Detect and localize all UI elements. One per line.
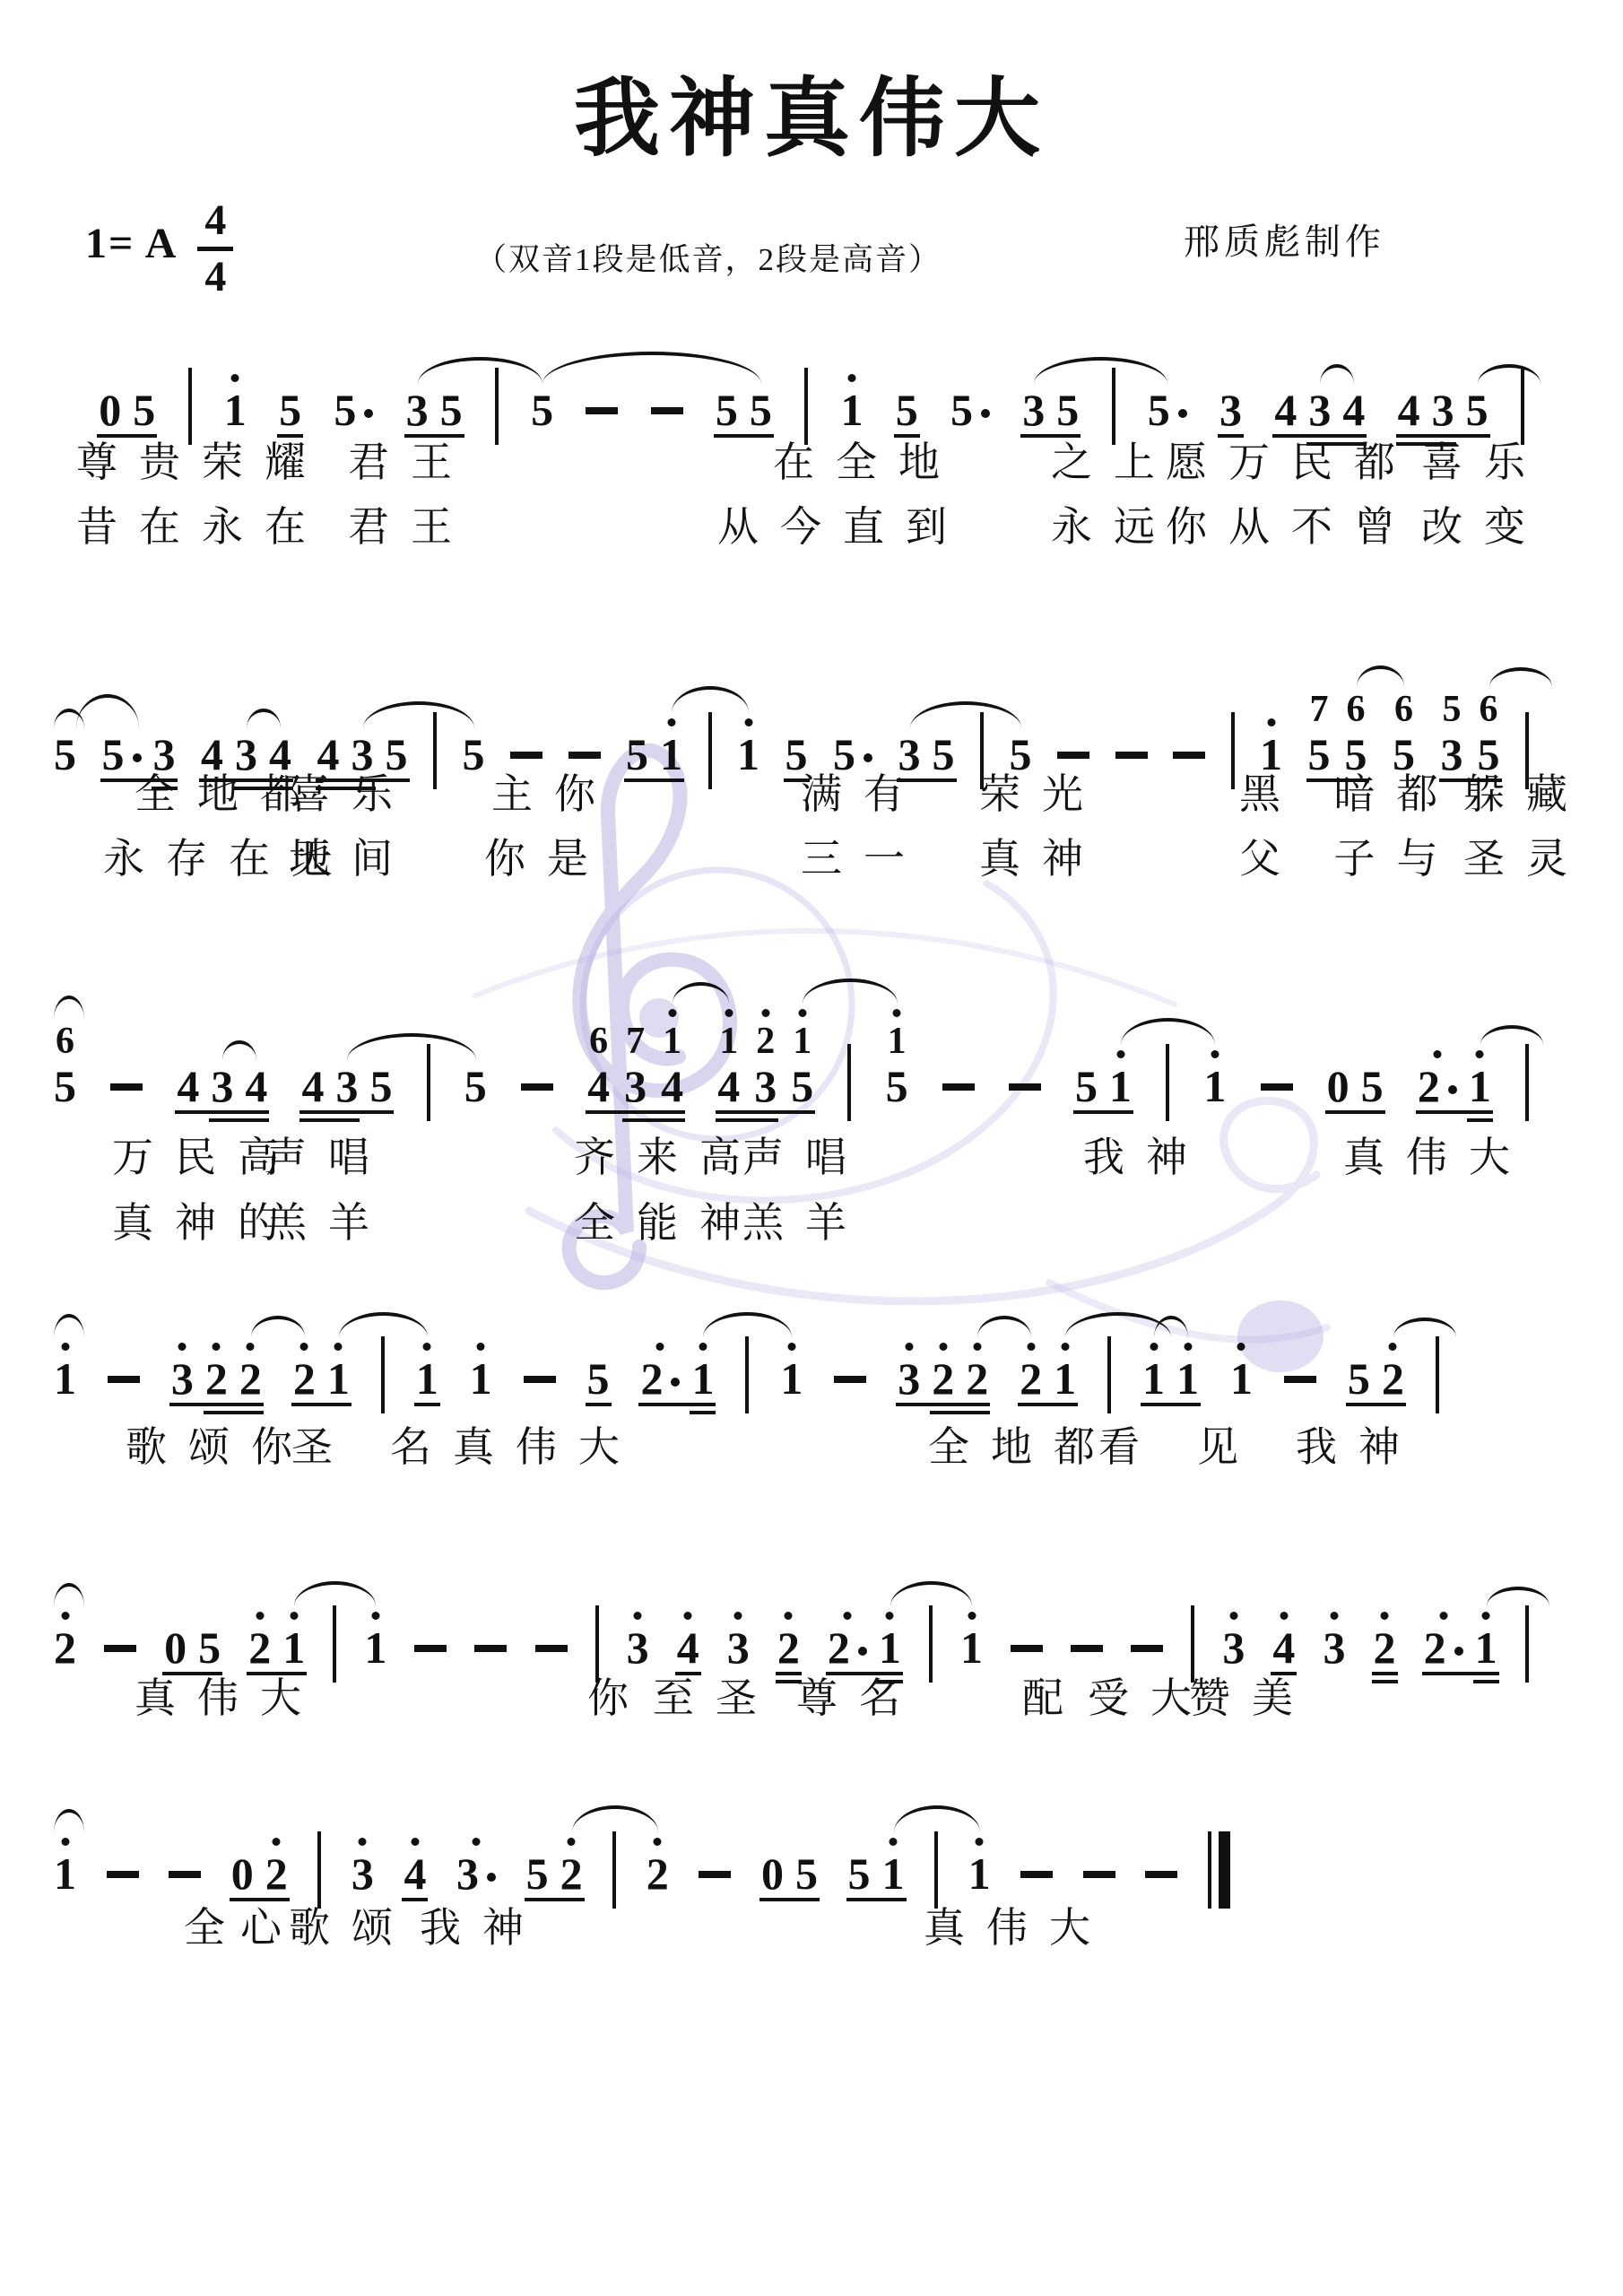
duration-dash bbox=[651, 407, 683, 414]
duration-dash bbox=[104, 1645, 136, 1652]
note-digit: 3 bbox=[335, 1064, 358, 1109]
barline bbox=[804, 368, 808, 445]
note: 1 bbox=[840, 387, 863, 432]
note-digit: 6 bbox=[1480, 691, 1498, 728]
note-digit: 5 bbox=[1393, 732, 1415, 777]
note-digit: 2 bbox=[248, 1625, 271, 1670]
lyric-segment: 你从不曾 bbox=[1166, 504, 1417, 552]
slur-arc bbox=[294, 1581, 376, 1606]
note-digit: 5 bbox=[1478, 732, 1500, 777]
beam-line bbox=[230, 1898, 290, 1901]
note: 3 bbox=[898, 1356, 920, 1401]
note-group: 11 bbox=[1142, 1356, 1199, 1401]
lyric-segment: 名 bbox=[390, 1424, 453, 1472]
note: 1 bbox=[960, 1625, 983, 1670]
note-digit: 5 bbox=[54, 1064, 76, 1109]
octave-dot bbox=[423, 1343, 431, 1351]
lyric-segment: 躲藏 bbox=[1463, 771, 1589, 819]
note: 5 bbox=[1348, 1356, 1370, 1401]
note-digit: 3 bbox=[627, 1625, 649, 1670]
note: 1 bbox=[1142, 1356, 1165, 1401]
lyric-segment: 三一 bbox=[801, 836, 926, 883]
barline bbox=[333, 1605, 336, 1683]
lyric-segment: 真伟大 bbox=[924, 1905, 1112, 1952]
beam-line bbox=[1018, 1403, 1078, 1406]
note-group: 35 bbox=[898, 732, 955, 777]
note-group: 05 bbox=[761, 1851, 818, 1896]
note-digit: 4 bbox=[404, 1851, 426, 1896]
duration-dash bbox=[1009, 1083, 1041, 1091]
note-digit: 5 bbox=[531, 387, 553, 432]
note-group: 53 bbox=[102, 732, 176, 777]
barline bbox=[1231, 712, 1235, 789]
system-3: 654344355647314142315155110521万民高声唱齐来高声唱… bbox=[54, 970, 1529, 1109]
note-digit: 3 bbox=[754, 1064, 777, 1109]
duration-dash bbox=[1173, 752, 1205, 759]
slur-arc bbox=[672, 686, 749, 713]
note: 1 bbox=[691, 1356, 714, 1401]
note-digit: 0 bbox=[231, 1851, 254, 1896]
duration-dash bbox=[568, 752, 601, 759]
note: 0 bbox=[761, 1851, 784, 1896]
note: 1 bbox=[327, 1356, 350, 1401]
note: 6 bbox=[1347, 691, 1366, 728]
octave-dot bbox=[886, 1612, 894, 1620]
note-group: 35 bbox=[1022, 387, 1079, 432]
note: 3 bbox=[754, 1064, 777, 1109]
lyric-segment: 羔羊 bbox=[265, 1200, 391, 1248]
note: 5 bbox=[369, 1064, 392, 1109]
token-row: 10234352205511 bbox=[54, 1779, 1230, 1896]
beam-line bbox=[1218, 434, 1244, 438]
note: 5 bbox=[1148, 387, 1187, 432]
lyric-segment: 赞美 bbox=[1189, 1675, 1315, 1723]
duration-dash bbox=[586, 407, 618, 414]
chord: 64 bbox=[587, 1022, 610, 1109]
note-digit: 2 bbox=[640, 1356, 663, 1401]
note-digit: 5 bbox=[785, 732, 808, 777]
note-digit: 5 bbox=[526, 1851, 549, 1896]
octave-dot bbox=[178, 1343, 187, 1351]
note-digit: 5 bbox=[464, 1064, 487, 1109]
token-row: 05155355551553553434435 bbox=[54, 316, 1524, 432]
note: 4 bbox=[177, 1064, 199, 1109]
octave-dot bbox=[976, 1838, 984, 1846]
note-digit: 4 bbox=[587, 1064, 610, 1109]
octave-dot bbox=[290, 1612, 298, 1620]
barline bbox=[188, 368, 192, 445]
lyric-segment: 全地都 bbox=[928, 1424, 1116, 1472]
note: 1 bbox=[1475, 1625, 1497, 1670]
note-digit: 5 bbox=[133, 387, 155, 432]
beam-line-2 bbox=[209, 1118, 269, 1122]
final-barline bbox=[1208, 1831, 1230, 1909]
note-digit: 3 bbox=[153, 732, 176, 777]
note: 5 bbox=[1443, 691, 1462, 728]
chord: 14 bbox=[661, 1022, 683, 1109]
note-digit: 4 bbox=[245, 1064, 267, 1109]
note-digit: 1 bbox=[1176, 1356, 1199, 1401]
barline bbox=[847, 1044, 851, 1121]
note: 4 bbox=[587, 1064, 610, 1109]
note: 7 bbox=[626, 1022, 645, 1060]
note-digit: 1 bbox=[1203, 1064, 1226, 1109]
beam-line bbox=[1396, 434, 1490, 438]
beam-line bbox=[299, 1110, 394, 1114]
note: 0 bbox=[99, 387, 121, 432]
note: 1 bbox=[1469, 1064, 1491, 1109]
note-group: 434 bbox=[201, 732, 291, 777]
barline bbox=[708, 712, 712, 789]
note-digit: 1 bbox=[691, 1356, 714, 1401]
beam-line bbox=[525, 1898, 585, 1901]
note-digit: 5 bbox=[791, 1064, 813, 1109]
octave-dot bbox=[1184, 1343, 1192, 1351]
note-digit: 5 bbox=[334, 387, 356, 432]
lyric-segment: 真伟大 bbox=[1343, 1135, 1532, 1182]
note: 0 bbox=[164, 1625, 187, 1670]
note: 1 bbox=[1176, 1356, 1199, 1401]
note-digit: 2 bbox=[966, 1356, 988, 1401]
note-digit: 4 bbox=[1398, 387, 1420, 432]
note: 1 bbox=[416, 1356, 438, 1401]
slur-arc bbox=[673, 982, 729, 1004]
note-digit: 1 bbox=[737, 732, 759, 777]
note-group: 02 bbox=[231, 1851, 288, 1896]
slur-arc bbox=[703, 1312, 792, 1337]
note-digit: 3 bbox=[727, 1625, 750, 1670]
note-digit: 1 bbox=[663, 1022, 681, 1060]
slur-arc bbox=[1489, 667, 1552, 687]
note-group: 21 bbox=[828, 1625, 901, 1670]
octave-dot bbox=[61, 1838, 69, 1846]
note-digit: 1 bbox=[327, 1356, 350, 1401]
chord: 65 bbox=[1478, 691, 1500, 777]
octave-dot bbox=[968, 1612, 976, 1620]
beam-line-2 bbox=[690, 1411, 716, 1414]
note: 6 bbox=[56, 1022, 74, 1060]
octave-dot bbox=[1280, 1612, 1288, 1620]
note: 2 bbox=[293, 1356, 316, 1401]
chord: 75 bbox=[1308, 691, 1331, 777]
note-digit: 1 bbox=[888, 1022, 907, 1060]
barline bbox=[1191, 1605, 1194, 1683]
duration-dash bbox=[1261, 1083, 1293, 1091]
note: 5 bbox=[1361, 1064, 1384, 1109]
note-digit: 5 bbox=[795, 1851, 818, 1896]
note-digit: 2 bbox=[560, 1851, 583, 1896]
barline bbox=[1436, 1336, 1439, 1413]
note: 2 bbox=[1374, 1625, 1396, 1670]
note-digit: 5 bbox=[198, 1625, 221, 1670]
chord: 73 bbox=[624, 1022, 647, 1109]
note: 5 bbox=[896, 387, 918, 432]
lyric-segment: 真伟大 bbox=[453, 1424, 641, 1472]
duration-dash bbox=[414, 1645, 447, 1652]
slur-arc bbox=[1121, 1018, 1215, 1045]
octave-dot bbox=[256, 1612, 264, 1620]
note-group: 434 bbox=[177, 1064, 267, 1109]
note: 3 bbox=[335, 1064, 358, 1109]
note: 5 bbox=[1056, 387, 1079, 432]
note-group: 52 bbox=[526, 1851, 583, 1896]
lyric-segment: 你 bbox=[587, 1675, 650, 1723]
note-digit: 4 bbox=[317, 732, 340, 777]
note-digit: 5 bbox=[369, 1064, 392, 1109]
octave-dot bbox=[939, 1343, 947, 1351]
note: 5 bbox=[198, 1625, 221, 1670]
note: 2 bbox=[248, 1625, 271, 1670]
note: 5 bbox=[334, 387, 373, 432]
note: 1 bbox=[224, 387, 247, 432]
chord: 65 bbox=[1345, 691, 1367, 777]
system-2: 55343443555115535517565655365全地都喜乐主你满有荣光… bbox=[54, 639, 1529, 777]
note: 1 bbox=[54, 1851, 76, 1896]
beam-line bbox=[97, 434, 157, 438]
note-digit: 5 bbox=[1010, 732, 1032, 777]
note-digit: 5 bbox=[463, 732, 485, 777]
note-group: 05 bbox=[99, 387, 155, 432]
note-digit: 5 bbox=[1308, 732, 1331, 777]
note-digit: 4 bbox=[717, 1064, 740, 1109]
note-digit: 5 bbox=[1148, 387, 1170, 432]
note: 3 bbox=[627, 1625, 649, 1670]
note-digit: 6 bbox=[589, 1022, 608, 1060]
note: 5 bbox=[791, 1064, 813, 1109]
note: 3 bbox=[235, 732, 257, 777]
note: 3 bbox=[1219, 387, 1242, 432]
note-digit: 0 bbox=[99, 387, 121, 432]
octave-dot bbox=[568, 1838, 576, 1846]
slur-arc bbox=[1357, 665, 1404, 687]
lyric-segment: 永远 bbox=[1051, 504, 1176, 552]
barline bbox=[381, 1336, 385, 1413]
octave-dot bbox=[1482, 1612, 1490, 1620]
note-digit: 1 bbox=[54, 1356, 76, 1401]
note-digit: 4 bbox=[177, 1064, 199, 1109]
duration-dash bbox=[699, 1871, 731, 1878]
augmentation-dot bbox=[858, 1647, 867, 1656]
beam-line bbox=[846, 1898, 907, 1901]
note-digit: 2 bbox=[828, 1625, 850, 1670]
octave-dot bbox=[411, 1838, 419, 1846]
note-digit: 4 bbox=[1342, 387, 1365, 432]
slur-arc bbox=[76, 694, 139, 728]
note: 4 bbox=[677, 1625, 699, 1670]
note: 5 bbox=[933, 732, 955, 777]
slur-arc bbox=[54, 1809, 84, 1832]
lyric-segment: 尊名 bbox=[796, 1675, 922, 1723]
note-digit: 3 bbox=[1022, 387, 1045, 432]
note: 5 bbox=[785, 732, 808, 777]
note: 3 bbox=[153, 732, 176, 777]
barline bbox=[1107, 1336, 1111, 1413]
note-digit: 3 bbox=[352, 732, 374, 777]
duration-dash bbox=[510, 752, 542, 759]
chord: 65 bbox=[1393, 691, 1415, 777]
duration-dash bbox=[1131, 1645, 1163, 1652]
note: 5 bbox=[795, 1851, 818, 1896]
note-group: 21 bbox=[1020, 1356, 1076, 1401]
note-digit: 1 bbox=[840, 387, 863, 432]
note: 5 bbox=[750, 387, 772, 432]
slur-arc bbox=[890, 1581, 972, 1606]
lyric-segment: 从今直到 bbox=[717, 504, 968, 552]
note-group: 21 bbox=[1424, 1625, 1497, 1670]
duration-dash bbox=[942, 1083, 975, 1091]
note: 2 bbox=[1382, 1356, 1404, 1401]
lyric-segment: 我神 bbox=[1083, 1135, 1209, 1182]
note: 2 bbox=[828, 1625, 867, 1670]
note-digit: 5 bbox=[1361, 1064, 1384, 1109]
note-digit: 5 bbox=[1345, 732, 1367, 777]
barline bbox=[317, 1831, 321, 1909]
note: 5 bbox=[886, 1064, 908, 1109]
chord-group: 647314 bbox=[587, 1022, 683, 1109]
note: 1 bbox=[882, 1851, 905, 1896]
chord: 15 bbox=[886, 1022, 908, 1109]
note-digit: 3 bbox=[1323, 1625, 1345, 1670]
beam-line bbox=[896, 1403, 990, 1406]
augmentation-dot bbox=[981, 409, 990, 418]
note: 5 bbox=[531, 387, 553, 432]
beam-line-2 bbox=[204, 1411, 264, 1414]
note: 5 bbox=[848, 1851, 871, 1896]
note: 1 bbox=[888, 1022, 907, 1060]
octave-dot bbox=[1330, 1612, 1338, 1620]
note-group: 21 bbox=[248, 1625, 305, 1670]
octave-dot bbox=[656, 1343, 664, 1351]
note-group: 435 bbox=[317, 732, 408, 777]
note-digit: 1 bbox=[879, 1625, 901, 1670]
note-digit: 3 bbox=[1308, 387, 1331, 432]
note-digit: 1 bbox=[660, 732, 682, 777]
octave-dot bbox=[477, 1343, 485, 1351]
lyric-segment: 歌颂你 bbox=[126, 1424, 314, 1472]
lyric-segment: 尊贵荣耀 bbox=[76, 439, 327, 487]
octave-dot bbox=[1229, 1612, 1237, 1620]
note-digit: 1 bbox=[54, 1851, 76, 1896]
beam-line bbox=[586, 1110, 685, 1114]
arranger-credit: 邢质彪制作 bbox=[1184, 213, 1385, 265]
barline bbox=[595, 1605, 599, 1683]
note-group: 322 bbox=[898, 1356, 988, 1401]
octave-dot bbox=[1150, 1343, 1158, 1351]
note: 1 bbox=[470, 1356, 492, 1401]
note-digit: 5 bbox=[933, 732, 955, 777]
octave-dot bbox=[787, 1343, 795, 1351]
beam-line bbox=[1346, 1403, 1406, 1406]
note: 3 bbox=[1323, 1625, 1345, 1670]
note: 7 bbox=[1310, 691, 1329, 728]
chord-group: 5365 bbox=[1441, 691, 1500, 777]
lyric-segment: 全 bbox=[184, 1905, 247, 1952]
note: 3 bbox=[727, 1625, 750, 1670]
note: 1 bbox=[737, 732, 759, 777]
beam-line bbox=[1020, 434, 1081, 438]
slur-arc bbox=[572, 1805, 658, 1832]
note: 5 bbox=[463, 732, 485, 777]
note-digit: 2 bbox=[777, 1625, 800, 1670]
slur-arc bbox=[251, 1316, 305, 1337]
note: 1 bbox=[1230, 1356, 1253, 1401]
note-digit: 5 bbox=[896, 387, 918, 432]
note: 2 bbox=[777, 1625, 800, 1670]
note: 1 bbox=[1054, 1356, 1076, 1401]
lyric-segment: 声唱 bbox=[265, 1135, 391, 1182]
octave-dot bbox=[1433, 1050, 1441, 1058]
beam-line bbox=[638, 1403, 716, 1406]
note-digit: 5 bbox=[950, 387, 973, 432]
note-digit: 2 bbox=[1424, 1625, 1446, 1670]
barline bbox=[1166, 1044, 1169, 1121]
note-digit: 5 bbox=[54, 732, 76, 777]
augmentation-dot bbox=[133, 753, 142, 762]
beam-line bbox=[414, 1403, 440, 1406]
slur-arc bbox=[977, 1316, 1031, 1337]
note-digit: 1 bbox=[719, 1022, 738, 1060]
octave-dot bbox=[1439, 1612, 1447, 1620]
chord-group: 7565 bbox=[1308, 691, 1367, 777]
note: 5 bbox=[587, 1356, 610, 1401]
slur-arc bbox=[1487, 1587, 1549, 1606]
slur-arc bbox=[339, 1312, 428, 1337]
token-row: 654344355647314142315155110521 bbox=[54, 970, 1529, 1109]
final-barline-thick bbox=[1219, 1831, 1230, 1909]
beam-line bbox=[716, 1110, 815, 1114]
note: 5 bbox=[526, 1851, 549, 1896]
octave-dot bbox=[684, 1612, 692, 1620]
lyric-segment: 圣 bbox=[291, 1424, 354, 1472]
note-group: 55 bbox=[716, 387, 772, 432]
slur-arc bbox=[54, 1314, 84, 1337]
note: 1 bbox=[719, 1022, 738, 1060]
lyric-segment: 真神 bbox=[979, 836, 1105, 883]
duration-dash bbox=[1083, 1871, 1115, 1878]
system-1: 05155355551553553434435尊贵荣耀君王在全地之上愿万民都喜乐… bbox=[54, 316, 1524, 432]
augmentation-dot bbox=[864, 753, 872, 762]
duration-dash bbox=[1145, 1871, 1177, 1878]
note: 2 bbox=[54, 1625, 76, 1670]
octave-dot bbox=[668, 1009, 676, 1017]
note: 1 bbox=[364, 1625, 386, 1670]
beam-line bbox=[1416, 1110, 1493, 1114]
beam-line bbox=[175, 1110, 269, 1114]
note: 5 bbox=[716, 387, 738, 432]
note-digit: 2 bbox=[265, 1851, 288, 1896]
note: 2 bbox=[966, 1356, 988, 1401]
note-digit: 1 bbox=[282, 1625, 305, 1670]
octave-dot bbox=[334, 1343, 343, 1351]
octave-dot bbox=[273, 1838, 281, 1846]
note-digit: 2 bbox=[1020, 1356, 1042, 1401]
octave-dot bbox=[843, 1612, 851, 1620]
note: 3 bbox=[352, 1851, 374, 1896]
beam-line-2 bbox=[716, 1118, 778, 1122]
slur-arc bbox=[247, 709, 281, 728]
note-digit: 6 bbox=[1394, 691, 1413, 728]
song-title: 我神真伟大 bbox=[0, 50, 1623, 173]
beam-line-2 bbox=[930, 1411, 990, 1414]
duration-dash bbox=[107, 1871, 139, 1878]
note: 6 bbox=[1480, 691, 1498, 728]
lyric-segment: 君王 bbox=[348, 439, 473, 487]
note: 4 bbox=[269, 732, 291, 777]
note: 2 bbox=[756, 1022, 775, 1060]
chord: 23 bbox=[754, 1022, 777, 1109]
note-digit: 1 bbox=[1142, 1356, 1165, 1401]
note: 4 bbox=[1272, 1625, 1295, 1670]
